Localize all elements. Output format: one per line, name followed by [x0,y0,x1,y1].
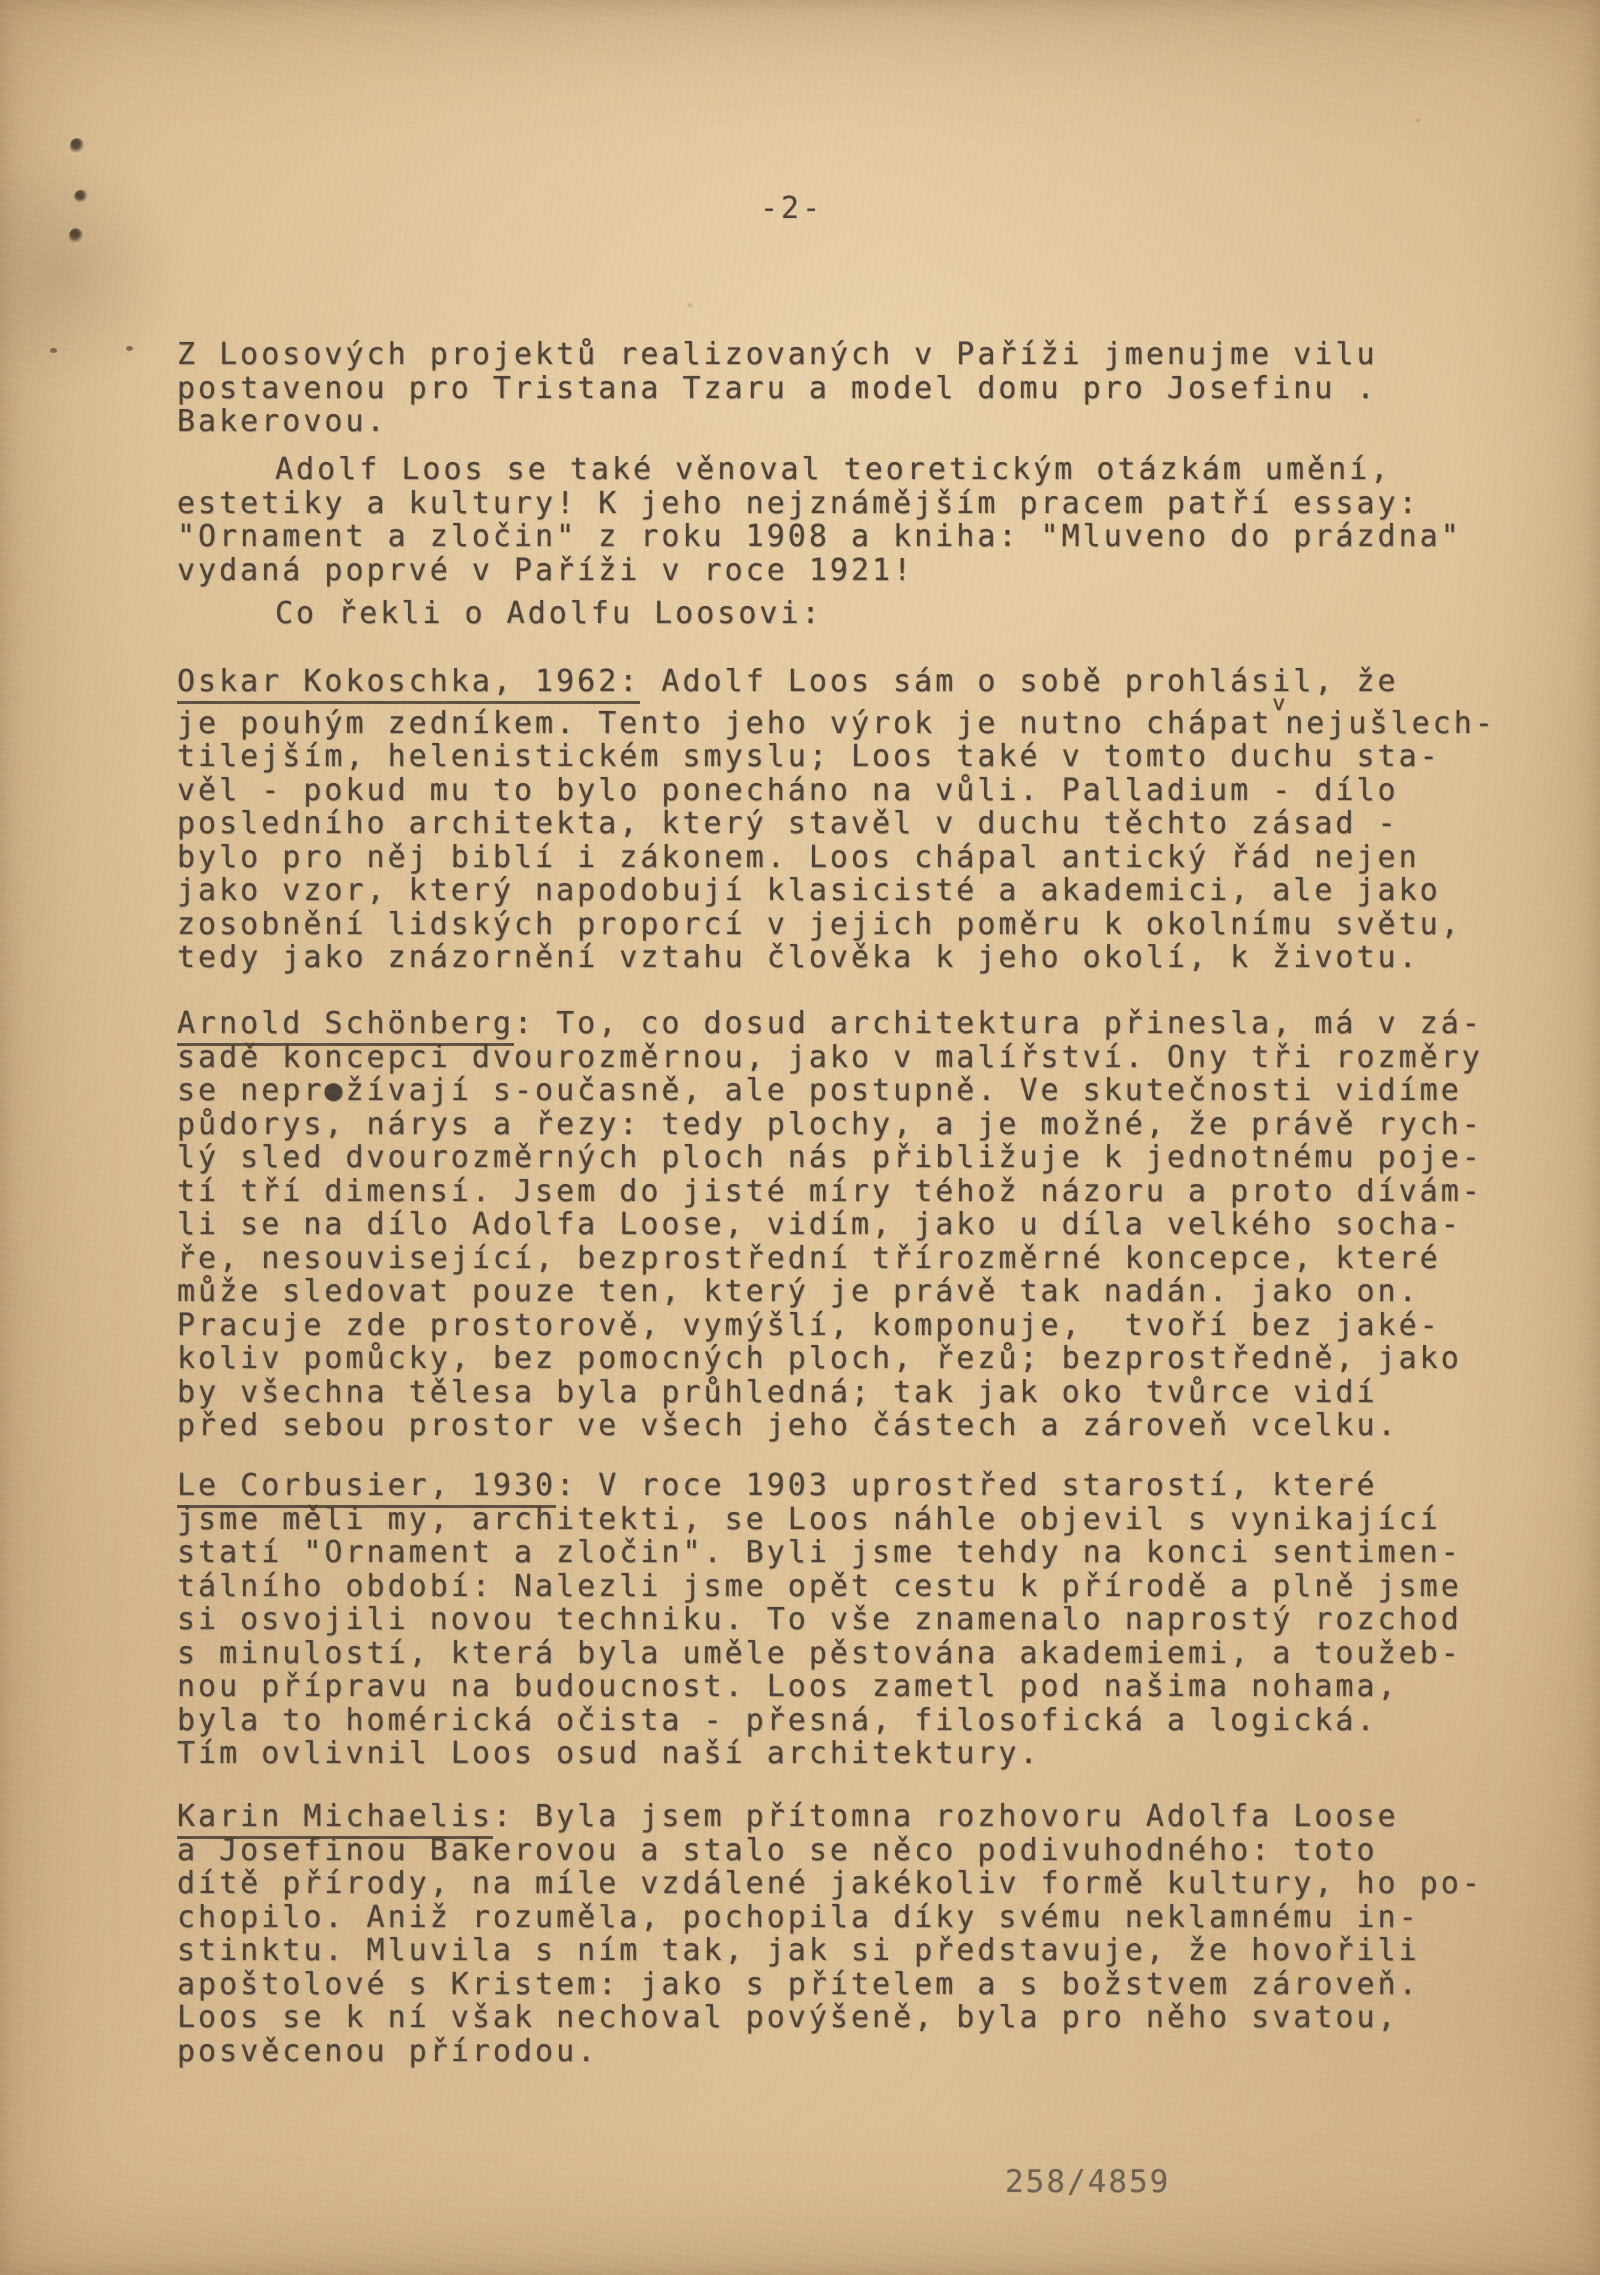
paragraph-schoenberg-quote: Arnold Schönberg: To, co dosud architekt… [177,1007,1557,1443]
text-line: a Josefinou Bakerovou a stalo se něco po… [177,1834,1557,1868]
text-line: bylo pro něj biblí i zákonem. Loos chápa… [177,841,1557,875]
text-line: sadě koncepci dvourozměrnou, jako v malí… [177,1041,1557,1075]
text-line: vydaná poprvé v Paříži v roce 1921! [177,554,1557,588]
paragraph-kokoschka-quote: Oskar Kokoschka, 1962: Adolf Loos sám o … [177,665,1557,975]
text-line: tálního období: Nalezli jsme opět cestu … [177,1570,1557,1604]
text-line: stinktu. Mluvila s ním tak, jak si předs… [177,1934,1557,1968]
text-line: ře, nesouvisející, bezprostřední třírozm… [177,1242,1557,1276]
text-line: posvěcenou přírodou. [177,2035,1557,2069]
text-line: by všechna tělesa byla průhledná; tak ja… [177,1376,1557,1410]
punch-hole [69,228,83,244]
catalog-number: 258/4859 [1005,2164,1170,2200]
text-line: Co řekli o Adolfu Loosovi: [177,597,1557,631]
text-line: li se na dílo Adolfa Loose, vidím, jako … [177,1208,1557,1242]
text-line: před sebou prostor ve všech jeho částech… [177,1409,1557,1443]
page-number: -2- [760,192,823,226]
text-line: tedy jako znázornění vztahu člověka k je… [177,941,1557,975]
text-line: tilejším, helenistickém smyslu; Loos tak… [177,740,1557,774]
text-line: lý sled dvourozměrných ploch nás přibliž… [177,1141,1557,1175]
paragraph-corbusier-quote: Le Corbusier, 1930: V roce 1903 uprostře… [177,1469,1557,1771]
text-line: zosobnění lidských proporcí v jejich pom… [177,908,1557,942]
paragraph-intro: Z Loosových projektů realizovaných v Pař… [177,338,1557,439]
text-line: postavenou pro Tristana Tzaru a model do… [177,372,1557,406]
punch-hole [74,190,88,203]
text-line: Tím ovlivnil Loos osud naší architektury… [177,1737,1557,1771]
text-line: koliv pomůcky, bez pomocných ploch, řezů… [177,1342,1557,1376]
text-line: Pracuje zde prostorově, vymýšlí, komponu… [177,1309,1557,1343]
text-line: je pouhým zedníkem. Tento jeho výrok je … [177,699,1557,741]
text-line: se nepr●žívají s-oučasně, ale postupně. … [177,1074,1557,1108]
text-line: dítě přírody, na míle vzdálené jakékoliv… [177,1867,1557,1901]
text-line: apoštolové s Kristem: jako s přítelem a … [177,1968,1557,2002]
text-line: Karin Michaelis: Byla jsem přítomna rozh… [177,1800,1557,1834]
paragraph-michaelis-quote: Karin Michaelis: Byla jsem přítomna rozh… [177,1800,1557,2068]
text-line: s minulostí, která byla uměle pěstována … [177,1637,1557,1671]
text-line: estetiky a kultury! K jeho nejznámějším … [177,487,1557,521]
text-line: může sledovat pouze ten, který je právě … [177,1275,1557,1309]
text-line: Oskar Kokoschka, 1962: Adolf Loos sám o … [177,665,1557,699]
text-line: Bakerovou. [177,405,1557,439]
text-line: statí "Ornament a zločin". Byli jsme teh… [177,1536,1557,1570]
text-line: chopilo. Aniž rozuměla, pochopila díky s… [177,1901,1557,1935]
paragraph-theory: Adolf Loos se také věnoval teoretickým o… [177,453,1557,587]
ink-speck [126,346,133,351]
text-line: Loos se k ní však nechoval povýšeně, byl… [177,2001,1557,2035]
ink-speck [50,348,57,353]
text-line: věl - pokud mu to bylo ponecháno na vůli… [177,774,1557,808]
text-line: tí tří dimensí. Jsem do jisté míry téhož… [177,1175,1557,1209]
text-line: jako vzor, který napodobují klasicisté a… [177,874,1557,908]
text-line: si osvojili novou techniku. To vše zname… [177,1603,1557,1637]
text-line: půdorys, nárys a řezy: tedy plochy, a je… [177,1108,1557,1142]
text-line: byla to homérická očista - přesná, filos… [177,1704,1557,1738]
quote-section-heading: Co řekli o Adolfu Loosovi: [177,597,1557,631]
text-line: posledního architekta, který stavěl v du… [177,807,1557,841]
text-line: nou přípravu na budoucnost. Loos zametl … [177,1670,1557,1704]
text-line: Arnold Schönberg: To, co dosud architekt… [177,1007,1557,1041]
text-line: "Ornament a zločin" z roku 1908 a kniha:… [177,520,1557,554]
text-line: jsme měli my, architekti, se Loos náhle … [177,1503,1557,1537]
text-line: Adolf Loos se také věnoval teoretickým o… [177,453,1557,487]
text-line: Z Loosových projektů realizovaných v Pař… [177,338,1557,372]
typewritten-page: -2- Z Loosových projektů realizovaných v… [0,0,1600,2275]
punch-hole [70,138,84,154]
text-line: Le Corbusier, 1930: V roce 1903 uprostře… [177,1469,1557,1503]
